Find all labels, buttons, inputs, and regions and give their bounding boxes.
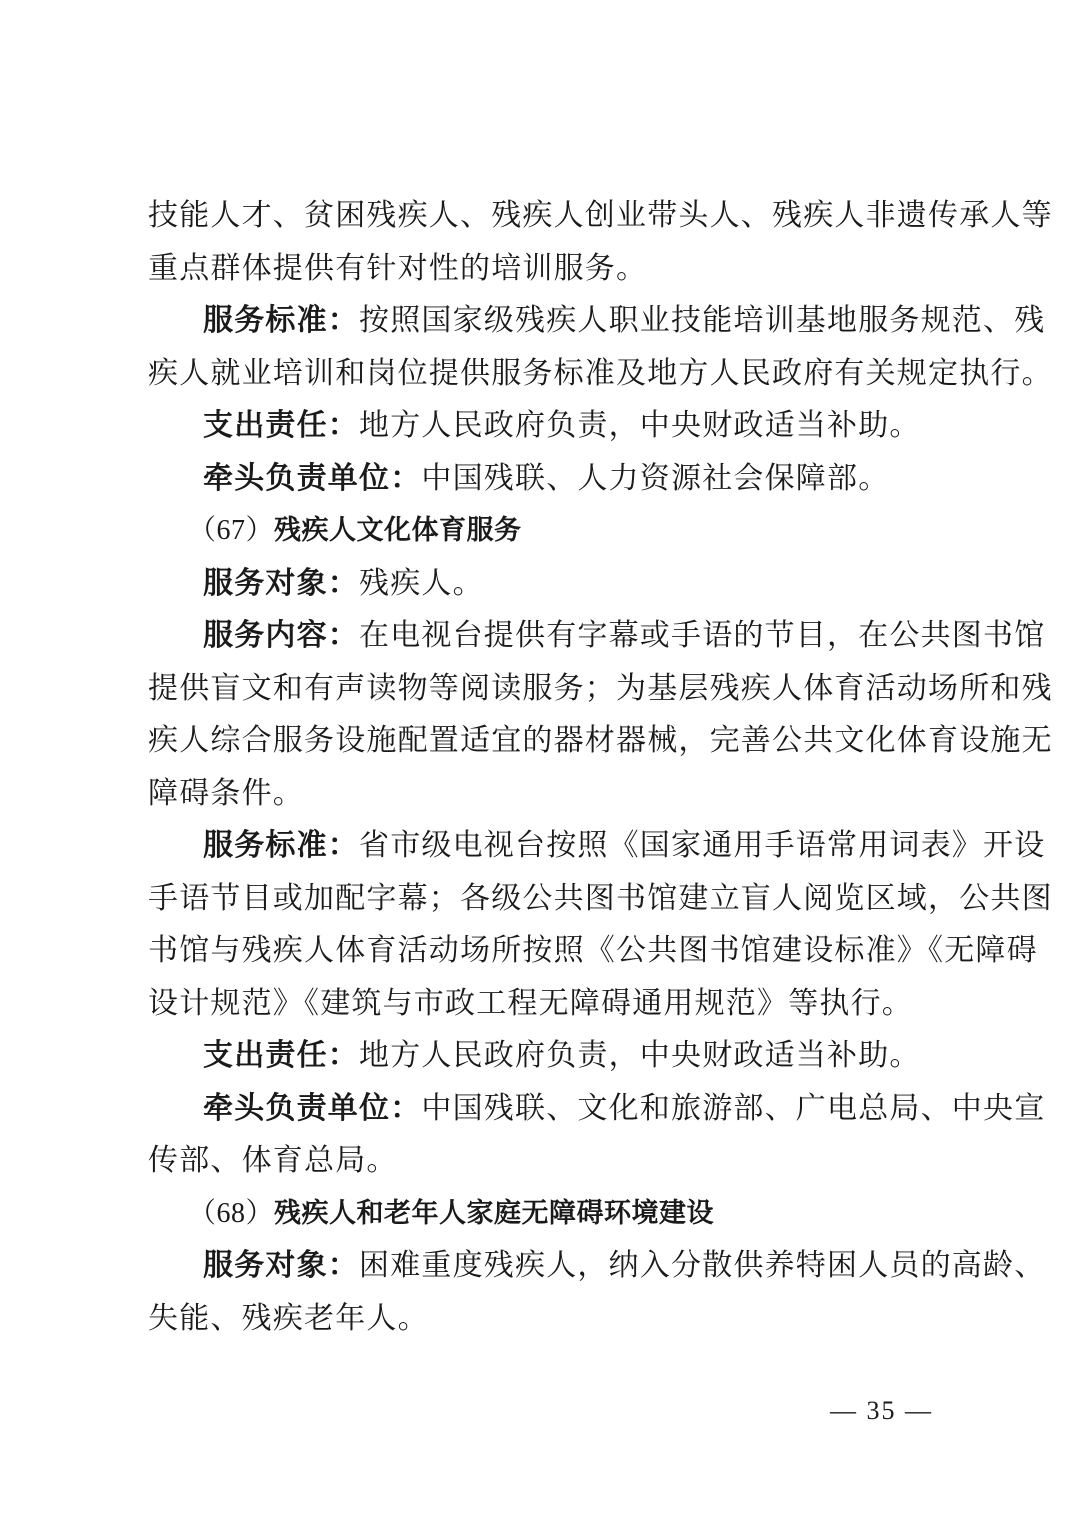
- service-target-line: 服务对象：残疾人。: [148, 558, 938, 611]
- paragraph-line: 疾人综合服务设施配置适宜的器材器械，完善公共文化体育设施无: [148, 715, 938, 768]
- section-number: （67）: [188, 515, 274, 546]
- field-value: 中国残联、人力资源社会保障部。: [421, 461, 889, 496]
- section-number: （68）: [188, 1198, 274, 1229]
- paragraph-line: 书馆与残疾人体育活动场所按照《公共图书馆建设标准》《无障碍: [148, 925, 938, 978]
- field-value: 按照国家级残疾人职业技能培训基地服务规范、残: [359, 303, 1045, 338]
- field-label: 服务标准：: [203, 828, 359, 863]
- field-label: 支出责任：: [203, 1038, 359, 1073]
- field-value: 在电视台提供有字幕或手语的节目，在公共图书馆: [359, 618, 1045, 653]
- service-standard-line: 服务标准：按照国家级残疾人职业技能培训基地服务规范、残: [148, 295, 938, 348]
- paragraph-line: 传部、体育总局。: [148, 1135, 938, 1188]
- field-value: 省市级电视台按照《国家通用手语常用词表》开设: [359, 828, 1045, 863]
- section-title: 残疾人和老年人家庭无障碍环境建设: [274, 1198, 714, 1229]
- paragraph-line: 重点群体提供有针对性的培训服务。: [148, 243, 938, 296]
- field-label: 牵头负责单位：: [203, 461, 421, 496]
- section-title: 残疾人文化体育服务: [274, 515, 522, 546]
- service-content-line: 服务内容：在电视台提供有字幕或手语的节目，在公共图书馆: [148, 610, 938, 663]
- expenditure-responsibility-line: 支出责任：地方人民政府负责，中央财政适当补助。: [148, 400, 938, 453]
- field-label: 服务内容：: [203, 618, 359, 653]
- paragraph-line: 疾人就业培训和岗位提供服务标准及地方人民政府有关规定执行。: [148, 348, 938, 401]
- field-label: 支出责任：: [203, 408, 359, 443]
- field-label: 牵头负责单位：: [203, 1091, 421, 1126]
- expenditure-responsibility-line: 支出责任：地方人民政府负责，中央财政适当补助。: [148, 1030, 938, 1083]
- field-value: 中国残联、文化和旅游部、广电总局、中央宣: [421, 1091, 1045, 1126]
- section-heading-67: （67）残疾人文化体育服务: [148, 505, 938, 558]
- field-label: 服务对象：: [203, 1248, 359, 1283]
- paragraph-line: 障碍条件。: [148, 768, 938, 821]
- field-label: 服务对象：: [203, 566, 359, 601]
- page-number: — 35 —: [830, 1396, 933, 1426]
- service-standard-line: 服务标准：省市级电视台按照《国家通用手语常用词表》开设: [148, 820, 938, 873]
- lead-unit-line: 牵头负责单位：中国残联、人力资源社会保障部。: [148, 453, 938, 506]
- field-value: 地方人民政府负责，中央财政适当补助。: [359, 408, 921, 443]
- field-value: 困难重度残疾人，纳入分散供养特困人员的高龄、: [359, 1248, 1045, 1283]
- field-value: 残疾人。: [359, 566, 484, 601]
- lead-unit-line: 牵头负责单位：中国残联、文化和旅游部、广电总局、中央宣: [148, 1083, 938, 1136]
- paragraph-line: 设计规范》《建筑与市政工程无障碍通用规范》等执行。: [148, 978, 938, 1031]
- service-target-line: 服务对象：困难重度残疾人，纳入分散供养特困人员的高龄、: [148, 1240, 938, 1293]
- paragraph-line: 失能、残疾老年人。: [148, 1293, 938, 1346]
- section-heading-68: （68）残疾人和老年人家庭无障碍环境建设: [148, 1188, 938, 1241]
- document-page: 技能人才、贫困残疾人、残疾人创业带头人、残疾人非遗传承人等 重点群体提供有针对性…: [148, 190, 938, 1345]
- paragraph-line: 手语节目或加配字幕；各级公共图书馆建立盲人阅览区域，公共图: [148, 873, 938, 926]
- paragraph-line: 技能人才、贫困残疾人、残疾人创业带头人、残疾人非遗传承人等: [148, 190, 938, 243]
- field-value: 地方人民政府负责，中央财政适当补助。: [359, 1038, 921, 1073]
- field-label: 服务标准：: [203, 303, 359, 338]
- paragraph-line: 提供盲文和有声读物等阅读服务；为基层残疾人体育活动场所和残: [148, 663, 938, 716]
